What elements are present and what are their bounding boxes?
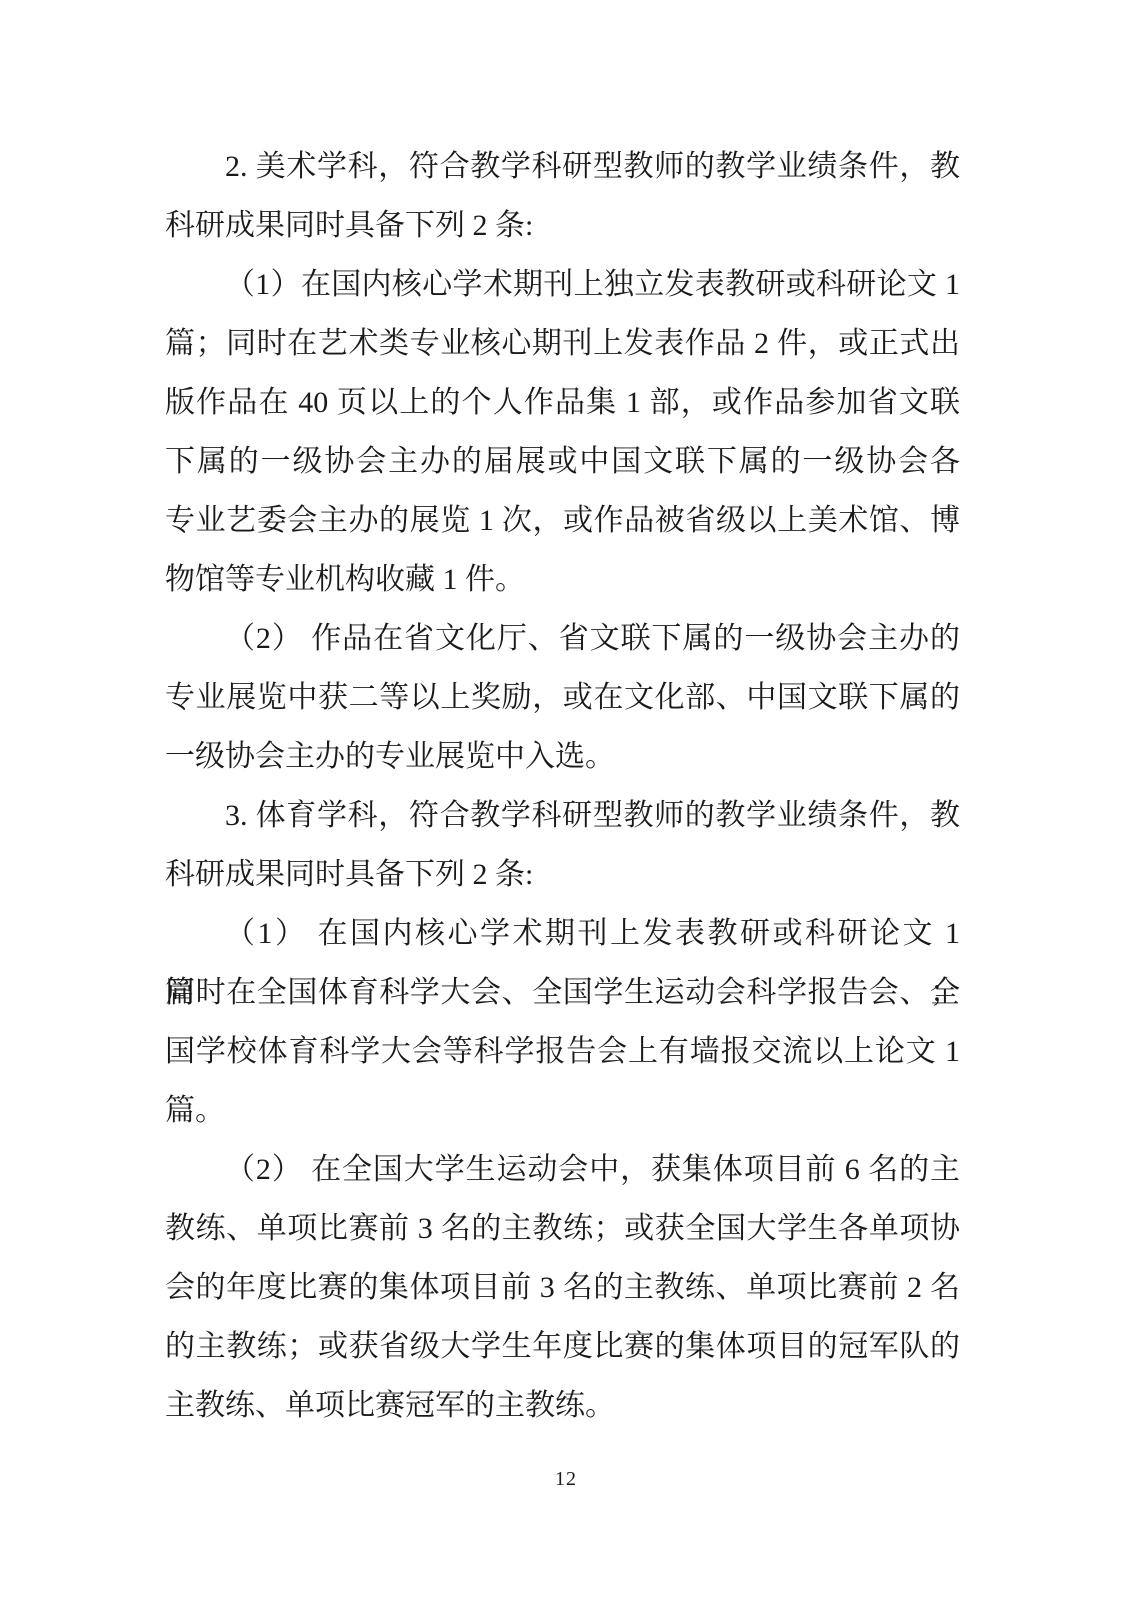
- text-line: 篇。: [165, 1081, 960, 1140]
- text-line: 会的年度比赛的集体项目前 3 名的主教练、单项比赛前 2 名: [165, 1258, 960, 1317]
- text-line: 专业艺委会主办的展览 1 次，或作品被省级以上美术馆、博: [165, 491, 960, 550]
- text-line: （2） 作品在省文化厅、省文联下属的一级协会主办的: [165, 609, 960, 668]
- text-line: 主教练、单项比赛冠军的主教练。: [165, 1376, 960, 1435]
- text-line: 篇；同时在艺术类专业核心期刊上发表作品 2 件，或正式出: [165, 314, 960, 373]
- text-line: 物馆等专业机构收藏 1 件。: [165, 550, 960, 609]
- text-line: 下属的一级协会主办的届展或中国文联下属的一级协会各: [165, 432, 960, 491]
- text-line: 2. 美术学科，符合教学科研型教师的教学业绩条件，教: [165, 137, 960, 196]
- text-line: 科研成果同时具备下列 2 条:: [165, 196, 960, 255]
- text-line: 的主教练；或获省级大学生年度比赛的集体项目的冠军队的: [165, 1317, 960, 1376]
- text-line: 一级协会主办的专业展览中入选。: [165, 727, 960, 786]
- text-line: 专业展览中获二等以上奖励，或在文化部、中国文联下属的: [165, 668, 960, 727]
- page-number: 12: [0, 1468, 1132, 1491]
- text-line: （1） 在国内核心学术期刊上发表教研或科研论文 1 篇；: [165, 904, 960, 963]
- text-line: 科研成果同时具备下列 2 条:: [165, 845, 960, 904]
- text-line: （2） 在全国大学生运动会中，获集体项目前 6 名的主: [165, 1140, 960, 1199]
- text-line: 版作品在 40 页以上的个人作品集 1 部，或作品参加省文联: [165, 373, 960, 432]
- text-line: （1）在国内核心学术期刊上独立发表教研或科研论文 1: [165, 255, 960, 314]
- text-line: 3. 体育学科，符合教学科研型教师的教学业绩条件，教: [165, 786, 960, 845]
- document-body: 2. 美术学科，符合教学科研型教师的教学业绩条件，教科研成果同时具备下列 2 条…: [165, 137, 960, 1435]
- text-line: 国学校体育科学大会等科学报告会上有墙报交流以上论文 1: [165, 1022, 960, 1081]
- text-line: 教练、单项比赛前 3 名的主教练；或获全国大学生各单项协: [165, 1199, 960, 1258]
- document-page: 2. 美术学科，符合教学科研型教师的教学业绩条件，教科研成果同时具备下列 2 条…: [0, 0, 1132, 1600]
- text-line: 同时在全国体育科学大会、全国学生运动会科学报告会、全: [165, 963, 960, 1022]
